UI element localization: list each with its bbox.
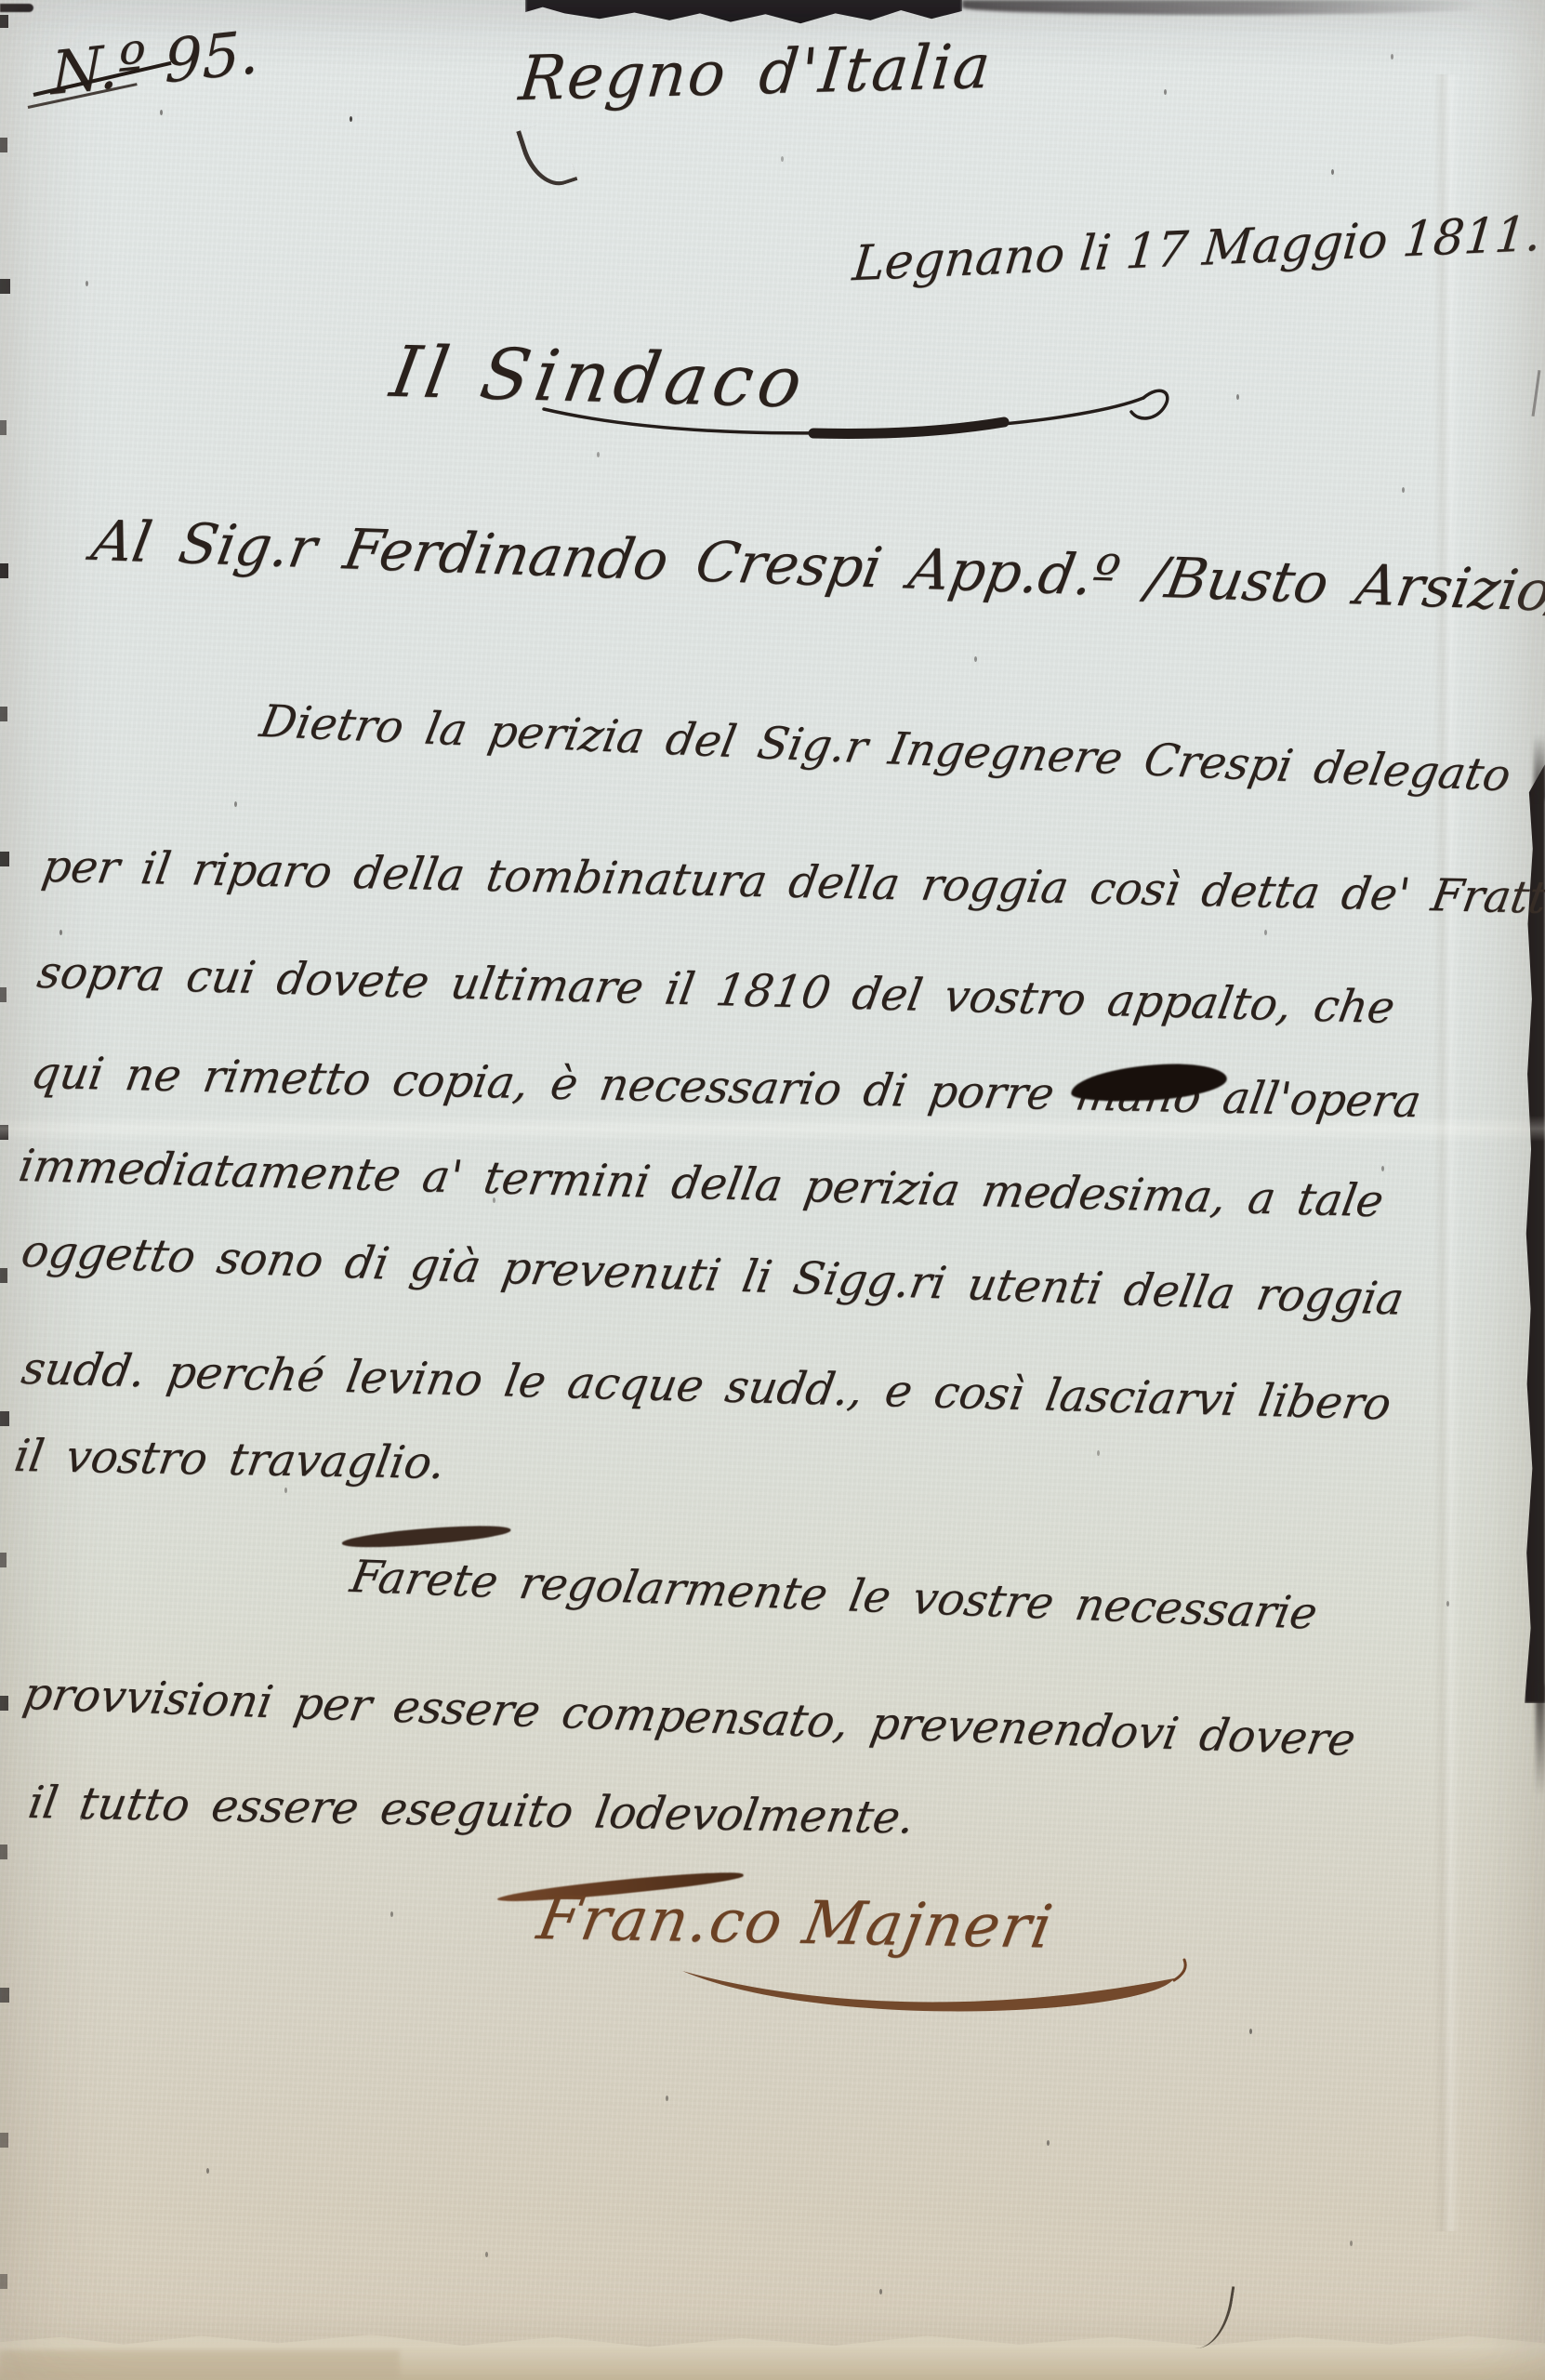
closing-line: il tutto essere eseguito lodevolmente. <box>25 1780 917 1840</box>
signature-underline-flourish <box>677 1960 1197 2016</box>
paragraph-start-flourish <box>341 1521 511 1552</box>
kingdom-heading: Regno d'Italia <box>517 36 995 110</box>
body-line: immediatamente a' termini della perizia … <box>16 1144 1387 1223</box>
paper-speckles <box>0 0 3 6</box>
paper-fiber-hair <box>1187 2281 1235 2353</box>
closing-line: provvisioni per essere compensato, preve… <box>20 1672 1359 1763</box>
salutation-flourish <box>535 379 1176 463</box>
body-line: sopra cui dovete ultimare il 1810 del vo… <box>34 950 1398 1030</box>
body-line: il vostro travaglio. <box>11 1434 448 1486</box>
body-line: sudd. perché levino le acque sudd., e co… <box>19 1346 1394 1426</box>
scan-artifact-top-smear <box>962 0 1483 15</box>
document-number: N.º 95. <box>51 23 258 105</box>
body-line: oggetto sono di già prevenuti li Sigg.ri… <box>19 1229 1407 1322</box>
heading-pendant-flourish <box>516 118 577 193</box>
paper-crease-vertical <box>1433 74 1459 2231</box>
signature: Fran.co Majneri <box>534 1889 1058 1957</box>
body-line: Dietro la perizia del Sig.r Ingegnere Cr… <box>257 699 1514 798</box>
closing-line: Farete regolarmente le vostre necessarie <box>347 1554 1320 1636</box>
scan-artifact-right-band-taper-bottom <box>1536 1685 1545 1796</box>
paper-bottom-left-stain <box>0 2350 400 2380</box>
scan-artifact-right-hair <box>1532 370 1541 416</box>
scan-artifact-right-band-taper-top <box>1534 734 1545 800</box>
letter-scan: N.º 95. Regno d'Italia Legnano li 17 Mag… <box>0 0 1545 2380</box>
addressee-line: Al Sig.r Ferdinando Crespi App.d.º /Bust… <box>87 513 1545 620</box>
scan-artifact-top-band <box>525 0 962 30</box>
body-line: per il riparo della tombinatura della ro… <box>39 844 1545 920</box>
